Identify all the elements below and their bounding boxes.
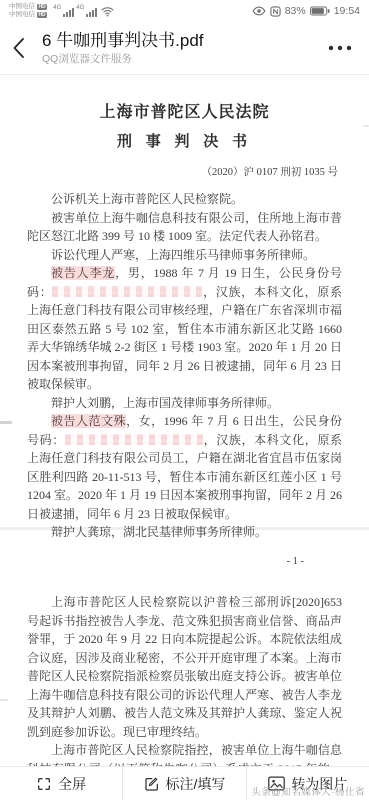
status-bar-right: 83% 19:54 <box>252 5 360 17</box>
document-paragraph: 上海市普陀区人民检察院指控，被害单位上海牛咖信息科技有限公司（以下简称牛咖公司）… <box>27 741 342 766</box>
fullscreen-icon <box>36 776 52 792</box>
text-segment: 上海市普陀区人民检察院以沪普检三部刑诉[2020]653 号起诉书指控被告人李龙… <box>27 595 342 739</box>
pdf-page-1: 上海市普陀区人民法院 刑 事 判 决 书 （2020）沪 0107 刑初 103… <box>0 75 369 530</box>
pdf-page-2: 上海市普陀区人民检察院以沪普检三部刑诉[2020]653 号起诉书指控被告人李龙… <box>0 530 369 766</box>
network-type-label: 4G <box>76 5 84 11</box>
scan-artifact <box>0 699 8 701</box>
more-dots-icon <box>328 45 352 51</box>
text-segment: 辩护人龚琼，湖北民基律师事务所律师。 <box>51 525 267 539</box>
status-bar: 中国电信 HD 中国电信 HD 4G 4G 83% <box>0 0 369 22</box>
document-type-heading: 刑 事 判 决 书 <box>27 130 342 151</box>
redacted-name-highlight: 被告人范文殊 <box>51 414 126 428</box>
court-name-heading: 上海市普陀区人民法院 <box>27 99 342 122</box>
carrier-block: 中国电信 HD 中国电信 HD <box>9 3 47 19</box>
text-segment: 公诉机关上海市普陀区人民检察院。 <box>51 192 243 206</box>
eye-comfort-icon <box>252 6 266 16</box>
document-paragraph: 公诉机关上海市普陀区人民检察院。 <box>27 190 342 209</box>
file-source-label: QQ浏览器文件服务 <box>42 52 204 66</box>
fullscreen-label: 全屏 <box>58 774 86 794</box>
file-title: 6 牛咖刑事判决书.pdf <box>42 30 204 51</box>
redaction-block <box>52 286 202 297</box>
document-paragraph: 被害单位上海牛咖信息科技有限公司，住所地上海市普陀区怒江北路 399 号 10 … <box>27 209 342 246</box>
network-type-label: 4G <box>53 5 61 11</box>
text-segment: 辩护人刘鹏，上海市国茂律师事务所律师。 <box>51 396 279 410</box>
battery-icon <box>310 6 330 16</box>
document-paragraph: 上海市普陀区人民检察院以沪普检三部刑诉[2020]653 号起诉书指控被告人李龙… <box>27 593 342 741</box>
signal-strength-icon: 4G <box>53 5 74 17</box>
app-header: 6 牛咖刑事判决书.pdf QQ浏览器文件服务 <box>0 22 369 75</box>
case-number: （2020）沪 0107 刑初 1035 号 <box>27 164 342 179</box>
annotate-label: 标注/填写 <box>166 774 226 794</box>
document-paragraph: 被告人李龙，男，1988 年 7 月 19 日生，公民身份号码：，汉族，本科文化… <box>27 264 342 394</box>
carrier-name-2: 中国电信 <box>9 11 35 19</box>
annotate-button[interactable]: 标注/填写 <box>122 767 245 800</box>
hd-badge-icon: HD <box>37 4 47 10</box>
signal-bars-icon <box>63 8 74 17</box>
page2-body: 上海市普陀区人民检察院以沪普检三部刑诉[2020]653 号起诉书指控被告人李龙… <box>27 593 342 766</box>
back-button[interactable] <box>12 31 38 65</box>
page1-body: 公诉机关上海市普陀区人民检察院。被害单位上海牛咖信息科技有限公司，住所地上海市普… <box>27 190 342 542</box>
signal-bars-icon <box>86 8 97 17</box>
title-block: 6 牛咖刑事判决书.pdf QQ浏览器文件服务 <box>42 30 204 66</box>
redaction-block <box>65 434 203 445</box>
scan-artifact <box>363 125 369 127</box>
convert-to-image-button[interactable]: 转为图片 <box>246 767 369 800</box>
battery-percent-label: 83% <box>285 5 306 17</box>
text-segment: ，汉族，本科文化，原系上海任意门科技有限公司审核经理，户籍在广东省深圳市福田区泰… <box>27 285 342 392</box>
nfc-icon <box>270 6 281 17</box>
clock-label: 19:54 <box>334 5 360 17</box>
bottom-toolbar: 全屏 标注/填写 转为图片 <box>0 766 369 800</box>
text-segment: 诉讼代理人严寒，上海四维乐马律师事务所律师。 <box>51 248 315 262</box>
wifi-icon <box>101 6 114 17</box>
redacted-name-highlight: 被告人李龙 <box>51 266 115 280</box>
convert-to-image-label: 转为图片 <box>291 774 347 794</box>
pdf-viewport[interactable]: 上海市普陀区人民法院 刑 事 判 决 书 （2020）沪 0107 刑初 103… <box>0 75 369 766</box>
text-segment: 被害单位上海牛咖信息科技有限公司，住所地上海市普陀区怒江北路 399 号 10 … <box>27 211 342 244</box>
annotate-icon <box>144 776 160 792</box>
chevron-left-icon <box>12 37 25 59</box>
carrier-name-1: 中国电信 <box>9 3 35 11</box>
scan-artifact <box>0 421 12 424</box>
hd-badge-icon: HD <box>37 12 47 18</box>
phone-screen: 中国电信 HD 中国电信 HD 4G 4G 83% <box>0 0 369 800</box>
document-paragraph: 辩护人刘鹏，上海市国茂律师事务所律师。 <box>27 394 342 413</box>
text-segment: 上海市普陀区人民检察院指控，被害单位上海牛咖信息科技有限公司（以下简称牛咖公司）… <box>27 743 342 766</box>
document-paragraph: 诉讼代理人严寒，上海四维乐马律师事务所律师。 <box>27 246 342 265</box>
document-paragraph: 被告人范文殊，女，1996 年 7 月 6 日出生，公民身份号码：，汉族，本科文… <box>27 412 342 523</box>
fullscreen-button[interactable]: 全屏 <box>0 767 122 800</box>
text-segment: ，汉族，本科文化，原系上海任意门科技有限公司员工，户籍在湖北省宜昌市伍家岗区胜利… <box>27 433 342 521</box>
signal-strength-icon-2: 4G <box>76 5 97 17</box>
more-menu-button[interactable] <box>323 31 357 65</box>
to-image-icon <box>268 776 285 791</box>
